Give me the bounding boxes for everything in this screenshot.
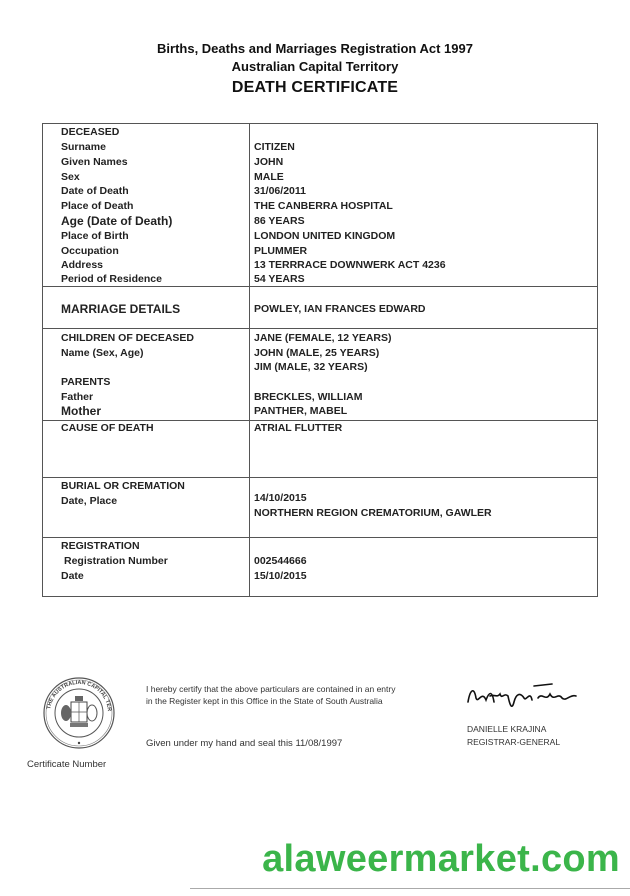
registrar-name: DANIELLE KRAJINA xyxy=(467,723,560,736)
section-deceased: DECEASED xyxy=(61,125,119,139)
value-burial-date: 14/10/2015 xyxy=(254,491,307,505)
value-registration-number: 002544666 xyxy=(254,554,307,568)
value-father: BRECKLES, WILLIAM xyxy=(254,390,363,404)
value-surname: CITIZEN xyxy=(254,140,295,154)
label-address: Address xyxy=(61,258,103,272)
watermark-text: alaweermarket.com xyxy=(0,838,620,881)
label-mother: Mother xyxy=(61,404,101,418)
label-date-of-death: Date of Death xyxy=(61,184,129,198)
value-child-2: JOHN (MALE, 25 YEARS) xyxy=(254,346,379,360)
signature-icon xyxy=(462,680,582,710)
value-period-of-residence: 54 YEARS xyxy=(254,272,305,286)
certificate-number-label: Certificate Number xyxy=(27,759,106,770)
value-occupation: PLUMMER xyxy=(254,244,307,258)
row-divider xyxy=(43,286,597,287)
value-age: 86 YEARS xyxy=(254,214,305,228)
value-child-3: JIM (MALE, 32 YEARS) xyxy=(254,360,368,374)
section-parents: PARENTS xyxy=(61,375,110,389)
territory-title: Australian Capital Territory xyxy=(0,59,630,74)
label-registration-number: Registration Number xyxy=(64,554,168,568)
label-place-of-birth: Place of Birth xyxy=(61,229,129,243)
label-children-name: Name (Sex, Age) xyxy=(61,346,143,360)
label-registration-date: Date xyxy=(61,569,84,583)
value-registration-date: 15/10/2015 xyxy=(254,569,307,583)
act-title: Births, Deaths and Marriages Registratio… xyxy=(0,41,630,56)
label-place-of-death: Place of Death xyxy=(61,199,133,213)
registrar-title: REGISTRAR-GENERAL xyxy=(467,736,560,749)
label-sex: Sex xyxy=(61,170,80,184)
label-given-names: Given Names xyxy=(61,155,128,169)
label-burial-date-place: Date, Place xyxy=(61,494,117,508)
label-marriage-details: MARRIAGE DETAILS xyxy=(61,302,180,316)
bottom-rule xyxy=(190,888,630,889)
registrar-block: DANIELLE KRAJINA REGISTRAR-GENERAL xyxy=(467,723,560,749)
value-place-of-birth: LONDON UNITED KINGDOM xyxy=(254,229,395,243)
section-registration: REGISTRATION xyxy=(61,539,140,553)
certificate-title: DEATH CERTIFICATE xyxy=(0,79,630,97)
label-occupation: Occupation xyxy=(61,244,119,258)
label-cause-of-death: CAUSE OF DEATH xyxy=(61,421,154,435)
row-divider xyxy=(43,537,597,538)
value-given-names: JOHN xyxy=(254,155,283,169)
label-period-of-residence: Period of Residence xyxy=(61,272,162,286)
label-father: Father xyxy=(61,390,93,404)
section-burial: BURIAL OR CREMATION xyxy=(61,479,185,493)
section-children: CHILDREN OF DECEASED xyxy=(61,331,194,345)
label-age: Age (Date of Death) xyxy=(61,214,172,228)
value-mother: PANTHER, MABEL xyxy=(254,404,347,418)
certification-statement: I hereby certify that the above particul… xyxy=(146,683,395,707)
value-marriage-details: POWLEY, IAN FRANCES EDWARD xyxy=(254,302,426,316)
value-sex: MALE xyxy=(254,170,284,184)
official-seal-icon: THE AUSTRALIAN CAPITAL TERRITORY xyxy=(42,676,116,750)
value-child-1: JANE (FEMALE, 12 YEARS) xyxy=(254,331,392,345)
column-divider xyxy=(249,124,250,596)
label-surname: Surname xyxy=(61,140,106,154)
value-address: 13 TERRRACE DOWNWERK ACT 4236 xyxy=(254,258,446,272)
value-cause-of-death: ATRIAL FLUTTER xyxy=(254,421,342,435)
value-date-of-death: 31/06/2011 xyxy=(254,184,306,198)
certify-line-2: in the Register kept in this Office in t… xyxy=(146,695,395,707)
row-divider xyxy=(43,477,597,478)
given-under-hand: Given under my hand and seal this 11/08/… xyxy=(146,738,342,749)
certificate-table: DECEASED Surname CITIZEN Given Names JOH… xyxy=(42,123,598,597)
row-divider xyxy=(43,328,597,329)
svg-text:THE AUSTRALIAN CAPITAL TERRITO: THE AUSTRALIAN CAPITAL TERRITORY xyxy=(42,676,112,712)
certify-line-1: I hereby certify that the above particul… xyxy=(146,683,395,695)
value-burial-place: NORTHERN REGION CREMATORIUM, GAWLER xyxy=(254,506,492,520)
value-place-of-death: THE CANBERRA HOSPITAL xyxy=(254,199,393,213)
